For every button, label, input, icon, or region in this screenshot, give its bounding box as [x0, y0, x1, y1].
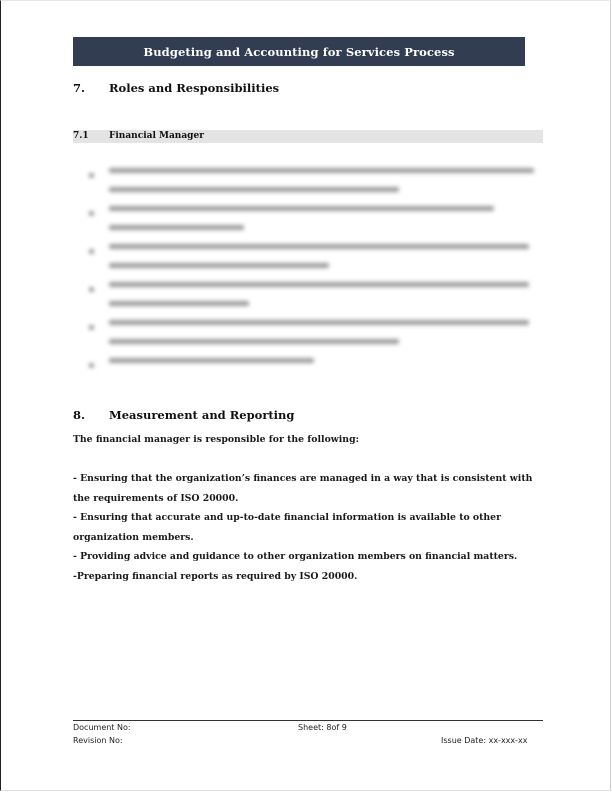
bullet-icon [89, 211, 94, 216]
issue-date: Issue Date: xx-xxx-xx [441, 736, 528, 745]
subsection-7-1-heading: 7.1Financial Manager [73, 130, 543, 143]
list-item: - Ensuring that accurate and up-to-date … [73, 508, 543, 547]
bullet-icon [89, 249, 94, 254]
bullet-icon [89, 287, 94, 292]
list-item [89, 358, 539, 363]
document-page: Budgeting and Accounting for Services Pr… [0, 0, 611, 791]
revision-no-label: Revision No: [73, 736, 123, 745]
sheet-number: Sheet: 8of 9 [298, 723, 347, 732]
document-title: Budgeting and Accounting for Services Pr… [143, 45, 454, 59]
subsection-title: Financial Manager [109, 131, 204, 141]
section-8-heading: 8.Measurement and Reporting [73, 408, 294, 422]
section-number: 7. [73, 81, 109, 95]
section-title: Measurement and Reporting [109, 408, 294, 422]
subsection-number: 7.1 [73, 130, 109, 143]
redacted-bullet-list [89, 161, 539, 377]
section-8-intro: The financial manager is responsible for… [73, 430, 543, 450]
bullet-icon [89, 363, 94, 368]
footer-divider [73, 720, 543, 721]
list-item [89, 206, 539, 230]
document-no-label: Document No: [73, 723, 131, 732]
document-title-bar: Budgeting and Accounting for Services Pr… [73, 37, 525, 66]
list-item [89, 320, 539, 344]
section-title: Roles and Responsibilities [109, 81, 279, 95]
bullet-icon [89, 325, 94, 330]
list-item: -Preparing financial reports as required… [73, 567, 543, 587]
list-item: - Providing advice and guidance to other… [73, 547, 543, 567]
section-7-heading: 7.Roles and Responsibilities [73, 81, 279, 95]
list-item [89, 168, 539, 192]
list-item [89, 282, 539, 306]
section-number: 8. [73, 408, 109, 422]
list-item: - Ensuring that the organization’s finan… [73, 469, 543, 508]
list-item [89, 244, 539, 268]
bullet-icon [89, 173, 94, 178]
section-8-list: - Ensuring that the organization’s finan… [73, 469, 543, 586]
